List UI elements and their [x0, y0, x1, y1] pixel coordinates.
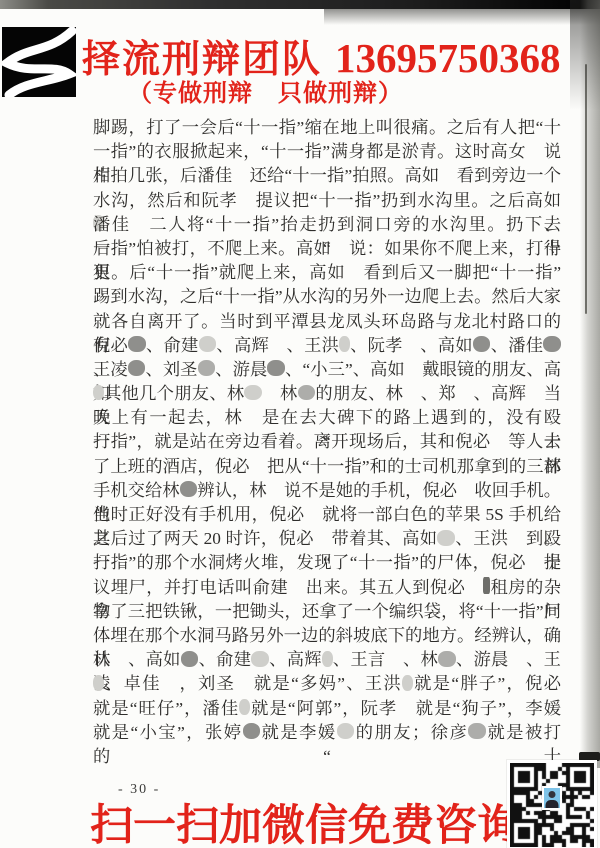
redaction-mark — [239, 699, 250, 715]
redaction-mark — [199, 336, 217, 352]
body-line: 就各自离开了。当时到平潭县龙凤头环岛路与龙北村路口的有： — [93, 310, 561, 334]
redaction-mark — [402, 675, 413, 691]
body-line: 狠。后“十一指”就爬上来，高如 看到后又一脚把“十一指” — [93, 261, 561, 285]
body-line: 议埋尸，并打电话叫俞建 出来。其五人到倪必 租房的杂物间 — [93, 576, 561, 600]
body-line: 、卓佳 ，刘圣 就是“多妈”、王洪就是“胖子”，倪必 — [93, 672, 561, 696]
document-body: 脚踢，打了一会后“十一指”缩在地上叫很痛。之后有人把“十一指”的衣服掀起来，“十… — [93, 116, 561, 745]
qr-avatar — [542, 786, 562, 810]
scan-top-edge-artifact — [0, 0, 600, 9]
redaction-mark — [543, 336, 561, 352]
redaction-mark — [198, 360, 216, 376]
zeliu-logo — [2, 27, 76, 97]
redaction-mark — [128, 336, 146, 352]
body-line: 体埋在那个水洞马路另外一边的斜坡底下的地方。经辨认，确认 — [93, 624, 561, 648]
body-line: 一指”的那个水洞烤火堆，发现了“十一指”的尸体，倪必 提 — [93, 551, 561, 575]
wechat-qr-code — [507, 760, 597, 848]
body-line: 就是“旺仔”，潘佳就是“阿郭”，阮孝 就是“狗子”，李媛 — [93, 697, 561, 721]
redaction-mark — [93, 385, 104, 401]
redaction-mark — [468, 723, 486, 739]
redaction-mark — [483, 577, 490, 594]
body-line: 晚上有一起去，林 是在去大碑下的路上遇到的，没有殴打“十 — [93, 406, 561, 430]
body-line: 倪必、俞建、高辉 、王洪、阮孝 、高如、潘佳、 — [93, 334, 561, 358]
redaction-mark — [181, 651, 199, 667]
body-line: 手机交给林辨认，林 说不是她的手机，倪必 收回手机。他 — [93, 479, 561, 503]
scan-right-edge-artifact — [580, 0, 600, 768]
redaction-mark — [267, 360, 285, 376]
redaction-mark — [243, 723, 261, 739]
body-line: 一指”的衣服掀起来，“十一指”满身都是淤青。这时高女 说相 — [93, 140, 561, 164]
redaction-mark — [244, 385, 262, 401]
redaction-mark — [337, 723, 355, 739]
body-line: 踢到水沟，之后“十一指”从水沟的另外一边爬上去。然后大家 — [93, 285, 561, 309]
redaction-mark — [339, 336, 350, 352]
wechat-cta-text: 扫一扫加微信免费咨询 — [90, 792, 520, 848]
body-line: 脚踢，打了一会后“十一指”缩在地上叫很痛。之后有人把“十 — [93, 116, 561, 140]
body-line: 林 、高如、俞建、高辉、王言 、林、游晨 、王凌 — [93, 648, 561, 672]
scan-top-shadow-artifact — [324, 9, 600, 25]
body-line: 其他几个朋友、林 林的朋友、林 、郑 、高辉 当天 — [93, 382, 561, 406]
body-line: 上班的酒店，倪必 把从“十一指”和的士司机那拿到的三部 — [93, 455, 561, 479]
redaction-mark — [437, 530, 455, 546]
body-line: 片拍几张，后潘佳 还给“十一指”拍照。高如 看到旁边一个 — [93, 164, 561, 188]
body-line: 之后过了两天 20 时许，倪必 带着其、高如、王洪 到殴打“十 — [93, 527, 561, 551]
redaction-mark — [298, 385, 316, 401]
redaction-mark — [438, 651, 456, 667]
body-line: 拿了三把铁锹，一把锄头，还拿了一个编织袋，将“十一指”尸 — [93, 600, 561, 624]
logo-swoosh-icon — [2, 27, 76, 97]
redaction-mark — [473, 336, 491, 352]
body-line: 王凌、刘圣、游晨、“小三”、高如 戴眼镜的朋友、高如 — [93, 358, 561, 382]
body-line: 就是“小宝”，张婷就是李媛的朋友；徐彦就是被打的“十 — [93, 721, 561, 745]
redaction-mark — [251, 651, 269, 667]
body-line: 水沟，然后和阮孝 提议把“十一指”扔到水沟里。之后高如 、 — [93, 189, 561, 213]
body-line: 一指”，就是站在旁边看着。离开现场后，其和倪必 等人去了林 — [93, 430, 561, 454]
scanned-document-page: 择流刑辩团队 13695750368 （专做刑辩 只做刑辩） 脚踢，打了一会后“… — [0, 0, 600, 848]
body-line: 潘佳 二人将“十一指”抬走扔到洞口旁的水沟里。扔下去后“十 — [93, 213, 561, 237]
body-line: 当时正好没有手机用，倪必 就将一部白色的苹果 5S 手机给其。 — [93, 503, 561, 527]
redaction-mark — [180, 481, 198, 497]
redaction-mark — [322, 651, 333, 667]
redaction-mark — [93, 675, 104, 691]
header-subtitle: （专做刑辩 只做刑辩） — [128, 73, 468, 108]
body-line: 一指”怕被打，不爬上来。高如 说：如果你不爬上来，打得更 — [93, 237, 561, 261]
redaction-mark — [128, 360, 146, 376]
